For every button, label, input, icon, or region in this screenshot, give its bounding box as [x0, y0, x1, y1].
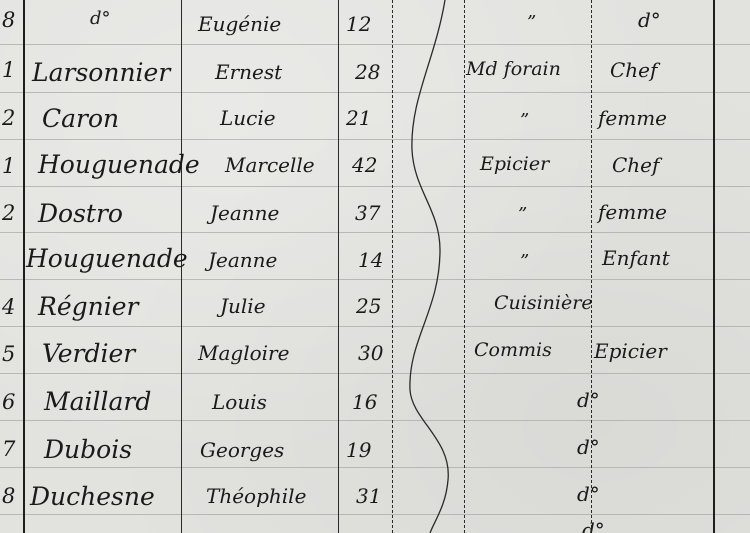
profession-cell: ” — [518, 206, 527, 224]
ruled-line — [0, 232, 750, 233]
row-number: 6 — [2, 392, 15, 413]
profession-cell: ” — [520, 253, 529, 271]
ruled-line — [0, 279, 750, 280]
row-number: 1 — [2, 156, 15, 177]
ruled-line — [0, 139, 750, 140]
first-name-cell: Ernest — [215, 62, 282, 82]
ruled-line — [0, 420, 750, 421]
relation-cell: d° — [582, 520, 605, 533]
first-name-cell: Eugénie — [198, 14, 281, 34]
profession-cell: Cuisinière — [494, 294, 593, 313]
ruled-line — [0, 44, 750, 45]
surname-cell: Dostro — [38, 201, 123, 226]
surname-cell: Houguenade — [26, 246, 188, 271]
age-cell: 28 — [355, 62, 380, 82]
first-name-cell: Magloire — [198, 343, 289, 363]
first-name-cell: Louis — [212, 392, 267, 412]
row-number: 7 — [2, 439, 15, 460]
surname-cell: Verdier — [42, 341, 135, 366]
relation-cell: Epicier — [594, 341, 667, 361]
first-name-cell: Georges — [200, 440, 284, 460]
first-name-cell: Théophile — [206, 486, 306, 506]
profession-cell: Commis — [474, 341, 552, 360]
age-cell: 25 — [356, 296, 381, 316]
row-number: 1 — [2, 60, 15, 81]
age-cell: 42 — [352, 155, 377, 175]
profession-cell: ” — [520, 112, 529, 130]
row-number: 2 — [2, 108, 15, 129]
age-cell: 31 — [356, 486, 381, 506]
age-cell: 21 — [346, 108, 371, 128]
surname-cell: d° — [90, 10, 111, 28]
age-cell: 16 — [352, 392, 377, 412]
surname-cell: Régnier — [38, 294, 138, 319]
row-number: 4 — [2, 297, 15, 318]
first-name-cell: Jeanne — [210, 203, 279, 223]
profession-cell: ” — [527, 14, 536, 32]
age-cell: 30 — [358, 343, 383, 363]
relation-cell: femme — [598, 202, 667, 222]
wavy-separator-line — [380, 0, 480, 533]
surname-cell: Duchesne — [30, 484, 155, 509]
relation-cell: d° — [577, 484, 600, 504]
relation-cell: Chef — [610, 60, 657, 80]
row-number: 8 — [2, 486, 15, 507]
relation-cell: Enfant — [602, 248, 670, 268]
surname-cell: Maillard — [44, 389, 151, 414]
ruled-line — [0, 467, 750, 468]
surname-cell: Caron — [42, 106, 119, 131]
row-number: 8 — [2, 10, 15, 31]
age-cell: 37 — [355, 203, 380, 223]
ruled-line — [0, 186, 750, 187]
surname-cell: Houguenade — [38, 152, 200, 177]
first-name-cell: Julie — [220, 296, 266, 316]
register-page: 8 d° Eugénie 12 ” d° 1 Larsonnier Ernest… — [0, 0, 750, 533]
first-name-cell: Lucie — [220, 108, 276, 128]
profession-cell: Md forain — [466, 60, 561, 79]
ruled-line — [0, 92, 750, 93]
profession-cell: Epicier — [480, 155, 549, 174]
first-name-cell: Marcelle — [225, 155, 315, 175]
row-number: 2 — [2, 203, 15, 224]
column-divider — [23, 0, 25, 533]
ruled-line — [0, 514, 750, 515]
surname-cell: Larsonnier — [32, 60, 170, 85]
relation-cell: d° — [577, 437, 600, 457]
relation-cell: Chef — [612, 155, 659, 175]
relation-cell: d° — [577, 390, 600, 410]
column-divider — [713, 0, 715, 533]
ruled-line — [0, 373, 750, 374]
first-name-cell: Jeanne — [208, 250, 277, 270]
age-cell: 19 — [346, 440, 371, 460]
surname-cell: Dubois — [44, 437, 132, 462]
relation-cell: d° — [638, 10, 661, 30]
ruled-line — [0, 326, 750, 327]
row-number: 5 — [2, 344, 15, 365]
age-cell: 12 — [346, 14, 371, 34]
column-divider — [338, 0, 339, 533]
relation-cell: femme — [598, 108, 667, 128]
age-cell: 14 — [358, 250, 383, 270]
